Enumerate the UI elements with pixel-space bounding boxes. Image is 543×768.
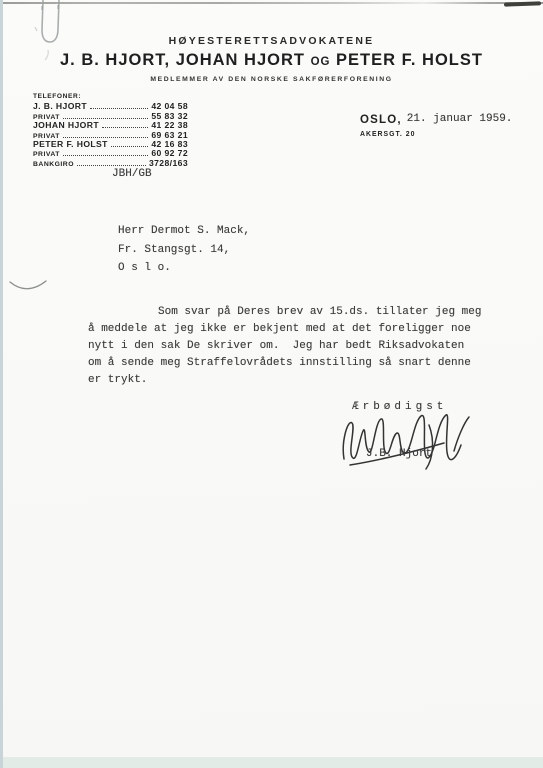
dot-leader <box>90 108 148 109</box>
scanned-letter-page: HØYESTERETTSADVOKATENE J. B. HJORT, JOHA… <box>0 0 543 768</box>
recipient-address: Herr Dermot S. Mack, Fr. Stangsgt. 14, O… <box>118 222 250 278</box>
body-line: nytt i den sak De skriver om. Jeg har be… <box>88 338 481 355</box>
dot-leader <box>63 118 148 119</box>
recipient-name: Herr Dermot S. Mack, <box>118 222 250 241</box>
phone-number: 3728/163 <box>149 158 188 168</box>
body-line: om å sende meg Straffelovrådets innstill… <box>88 355 481 372</box>
phone-label: BANKGIRO <box>33 161 74 168</box>
dot-leader <box>63 155 148 156</box>
body-line: Som svar på Deres brev av 15.ds. tillate… <box>88 304 481 321</box>
phone-label: PETER F. HOLST <box>33 139 108 149</box>
letterhead-phone-list: TELEFONER: J. B. HJORT 42 04 58 PRIVAT 5… <box>33 93 188 168</box>
dot-leader <box>77 165 146 166</box>
typed-date: 21. januar 1959. <box>407 113 513 125</box>
letterhead-membership: MEDLEMMER AV DEN NORSKE SAKFØRERFORENING <box>0 76 543 83</box>
firm-name-part1: J. B. HJORT, JOHAN HJORT <box>60 51 305 69</box>
letterhead-firm-name: J. B. HJORT, JOHAN HJORT OG PETER F. HOL… <box>0 51 543 70</box>
reference-initials: JBH/GB <box>112 168 152 180</box>
dot-leader <box>63 137 148 138</box>
scan-edge-left <box>0 0 3 768</box>
street-address: AKERSGT. 20 <box>360 131 512 138</box>
date-block: OSLO,21. januar 1959. AKERSGT. 20 <box>360 110 512 138</box>
recipient-street: Fr. Stangsgt. 14, <box>118 241 250 260</box>
pen-curve-mark <box>8 277 50 297</box>
phone-list-title: TELEFONER: <box>33 93 188 100</box>
phone-label: PRIVAT <box>33 151 60 158</box>
firm-name-og: OG <box>311 56 331 68</box>
scan-line-top <box>3 2 543 4</box>
phone-row: BANKGIRO 3728/163 <box>33 158 188 167</box>
signature-typed-name: J.B. Hjort <box>366 448 432 460</box>
body-line: å meddele at jeg ikke er bekjent med at … <box>88 321 481 338</box>
dot-leader <box>111 146 149 147</box>
firm-name-part2: PETER F. HOLST <box>336 51 483 69</box>
date-line: OSLO,21. januar 1959. <box>360 110 512 128</box>
letterhead-profession: HØYESTERETTSADVOKATENE <box>0 35 543 47</box>
letter-body: Som svar på Deres brev av 15.ds. tillate… <box>88 304 481 389</box>
phone-label: JOHAN HJORT <box>33 120 99 130</box>
body-line: er trykt. <box>88 372 481 389</box>
phone-label: J. B. HJORT <box>33 101 87 111</box>
dot-leader <box>102 127 148 128</box>
recipient-city: O s l o. <box>118 259 250 278</box>
city-label: OSLO, <box>360 114 402 126</box>
signature-scrawl <box>336 407 471 471</box>
